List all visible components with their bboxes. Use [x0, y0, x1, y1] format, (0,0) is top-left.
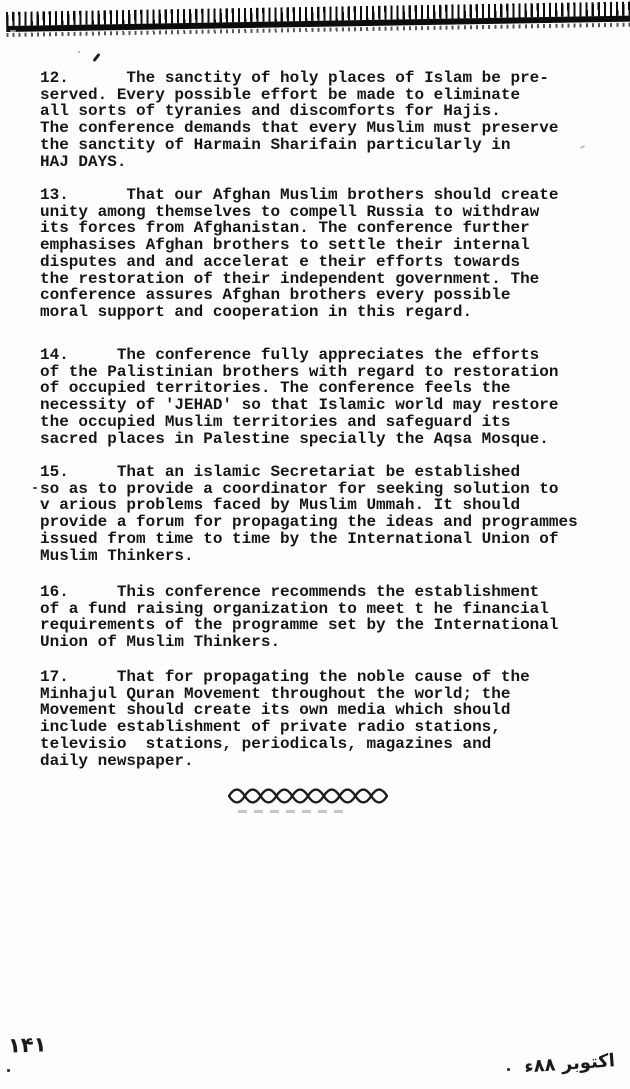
paragraph-17: 17. That for propagating the noble cause… — [40, 669, 530, 769]
handwritten-page-number: ۱۴۱ — [8, 1032, 47, 1057]
ink-speck — [78, 51, 80, 53]
paragraph-16: 16. This conference recommends the estab… — [40, 584, 558, 651]
paragraph-15: 15. That an islamic Secretariat be estab… — [40, 464, 578, 564]
ink-speck — [7, 1069, 10, 1072]
paragraph-13: 13. That our Afghan Muslim brothers shou… — [40, 187, 558, 321]
ink-speck — [10, 30, 16, 32]
ink-speck — [580, 145, 585, 149]
ink-speck — [33, 487, 37, 489]
paragraph-12: 12. The sanctity of holy places of Islam… — [40, 70, 558, 170]
binding-perforation-strip — [6, 1, 630, 32]
paragraph-14: 14. The conference fully appreciates the… — [40, 347, 558, 447]
squiggle-divider-icon — [228, 784, 388, 808]
divider-smudge — [238, 810, 348, 813]
handwritten-urdu-date: اکتوبر ۸۸ء — [504, 1050, 615, 1079]
ink-speck — [507, 1068, 510, 1071]
scanned-document-page: 12. The sanctity of holy places of Islam… — [0, 0, 630, 1089]
ink-speck — [93, 53, 101, 62]
